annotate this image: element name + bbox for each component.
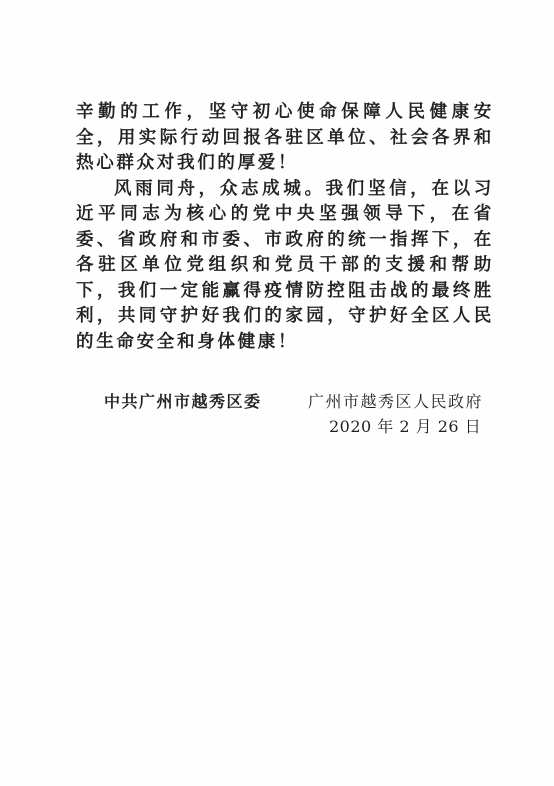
document-page: 辛勤的工作，坚守初心使命保障人民健康安全，用实际行动回报各驻区单位、社会各界和热… (0, 0, 554, 786)
signature-date: 2020 年 2 月 26 日 (329, 414, 481, 439)
signature-district-government: 广州市越秀区人民政府 (308, 389, 483, 414)
signature-district-committee: 中共广州市越秀区委 (104, 389, 262, 414)
letter-body: 辛勤的工作，坚守初心使命保障人民健康安全，用实际行动回报各驻区单位、社会各界和热… (76, 100, 494, 355)
paragraph-closing-thanks: 辛勤的工作，坚守初心使命保障人民健康安全，用实际行动回报各驻区单位、社会各界和热… (76, 100, 494, 177)
paragraph-confidence: 风雨同舟，众志成城。我们坚信，在以习近平同志为核心的党中央坚强领导下，在省委、省… (76, 177, 494, 356)
